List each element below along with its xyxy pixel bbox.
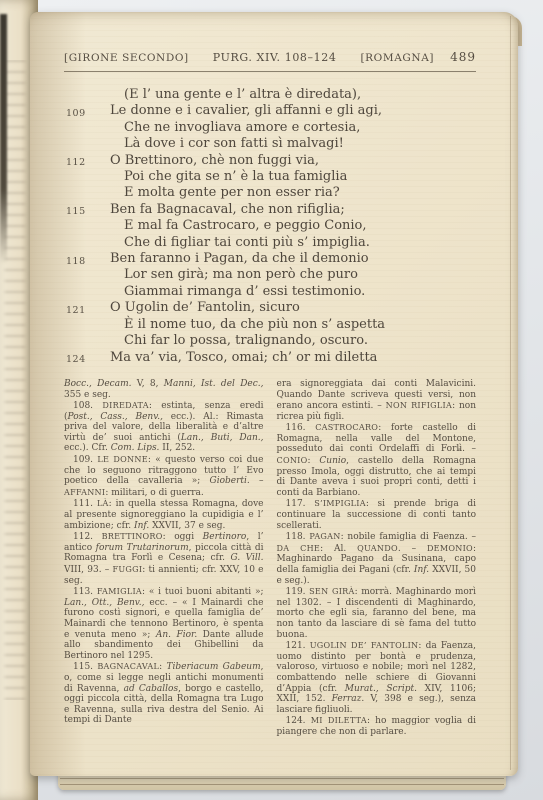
- verse-line: È il nome tuo, da che più non s’ aspetta: [64, 317, 476, 333]
- header-rule: [64, 71, 476, 72]
- verse-line: 121O Ugolin de’ Fantolin, sicuro: [64, 300, 476, 316]
- verse-text: Giammai rimanga d’ essi testimonio.: [124, 284, 476, 300]
- footnote-column-left: Bocc., Decam. V, 8, Manni, Ist. del Dec.…: [64, 379, 264, 738]
- verse-line: 115Ben fa Bagnacaval, che non rifiglia;: [64, 202, 476, 218]
- verse-text: È il nome tuo, da che più non s’ aspetta: [124, 317, 476, 333]
- footnote-paragraph: Bocc., Decam. V, 8, Manni, Ist. del Dec.…: [64, 379, 264, 400]
- footnotes: Bocc., Decam. V, 8, Manni, Ist. del Dec.…: [64, 379, 476, 738]
- verse-number: 124: [66, 352, 86, 368]
- verse-line: (E l’ una gente e l’ altra è diredata),: [64, 87, 476, 103]
- footnote-paragraph: 109. LE DONNE: « questo verso coi due ch…: [64, 454, 264, 498]
- verse-text: E mal fa Castrocaro, e peggio Conio,: [124, 218, 476, 234]
- footnote-paragraph: 112. BRETTINORO: oggi Bertinoro, l’ anti…: [64, 531, 264, 586]
- footnote-column-right: era signoreggiata dai conti Malavicini. …: [277, 379, 477, 738]
- spine-shadow: [0, 14, 7, 264]
- verse-text: Ben faranno i Pagan, da che il demonio: [110, 251, 476, 267]
- footnote-paragraph: era signoreggiata dai conti Malavicini. …: [277, 379, 477, 422]
- book-page: [GIRONE SECONDO] PURG. XIV. 108–124 [ROM…: [30, 12, 518, 776]
- footnote-paragraph: 116. CASTROCARO: forte castello di Romag…: [277, 422, 477, 498]
- verse-line: Là dove i cor son fatti sì malvagi!: [64, 136, 476, 152]
- page-edge-line: [60, 778, 504, 779]
- running-head: [GIRONE SECONDO] PURG. XIV. 108–124 [ROM…: [64, 50, 476, 64]
- footnote-paragraph: 119. SEN GIRÀ: morrà. Maghinardo morì ne…: [277, 586, 477, 640]
- running-head-right: [ROMAGNA] 489: [360, 50, 476, 64]
- page-right-edge: [510, 16, 511, 770]
- running-head-region: [ROMAGNA]: [360, 52, 434, 64]
- footnote-paragraph: 117. S’IMPIGLIA: si prende briga di cont…: [277, 498, 477, 531]
- footnote-paragraph: 121. UGOLIN DE’ FANTOLIN: da Faenza, uom…: [277, 640, 477, 715]
- running-head-title: PURG. XIV. 108–124: [213, 51, 337, 64]
- verse-text: Ma va’ via, Tosco, omai; ch’ or mi dilet…: [110, 350, 476, 366]
- verse-text: Ben fa Bagnacaval, che non rifiglia;: [110, 202, 476, 218]
- verse-line: Chi far lo possa, tralignando, oscuro.: [64, 333, 476, 349]
- book-photo: [GIRONE SECONDO] PURG. XIV. 108–124 [ROM…: [0, 0, 543, 800]
- verse-line: 118Ben faranno i Pagan, da che il demoni…: [64, 251, 476, 267]
- verse-text: Lor sen girà; ma non però che puro: [124, 267, 476, 283]
- footnote-paragraph: 124. MI DILETTA: ho maggior voglia di pi…: [277, 715, 477, 737]
- verse-text: Poi che gita se n’ è la tua famiglia: [124, 169, 476, 185]
- verse-line: 109Le donne e i cavalier, gli affanni e …: [64, 103, 476, 119]
- verse-line: Lor sen girà; ma non però che puro: [64, 267, 476, 283]
- footnote-paragraph: 115. BAGNACAVAL: Tiberiacum Gabeum, o, c…: [64, 661, 264, 726]
- verse-text: Là dove i cor son fatti sì malvagi!: [124, 136, 476, 152]
- footnote-paragraph: 113. FAMIGLIA: « i tuoi buoni abitanti »…: [64, 586, 264, 661]
- verse-line: 112O Brettinoro, chè non fuggi via,: [64, 153, 476, 169]
- verse-block: (E l’ una gente e l’ altra è diredata),1…: [64, 87, 476, 366]
- page-content: [GIRONE SECONDO] PURG. XIV. 108–124 [ROM…: [64, 50, 476, 758]
- verse-line: E molta gente per non esser ria?: [64, 185, 476, 201]
- page-edge-line: [60, 784, 504, 785]
- verse-text: Che di figliar tai conti più s’ impiglia…: [124, 235, 476, 251]
- verse-text: Le donne e i cavalier, gli affanni e gli…: [110, 103, 476, 119]
- verse-text: E molta gente per non esser ria?: [124, 185, 476, 201]
- page-number: 489: [450, 50, 476, 64]
- verse-line: Che di figliar tai conti più s’ impiglia…: [64, 235, 476, 251]
- verse-line: Poi che gita se n’ è la tua famiglia: [64, 169, 476, 185]
- verse-text: O Brettinoro, chè non fuggi via,: [110, 153, 476, 169]
- verse-text: O Ugolin de’ Fantolin, sicuro: [110, 300, 476, 316]
- footnote-paragraph: 111. LÀ: in quella stessa Romagna, dove …: [64, 498, 264, 531]
- verse-line: Giammai rimanga d’ essi testimonio.: [64, 284, 476, 300]
- footnote-paragraph: 118. PAGAN: nobile famiglia di Faenza. –…: [277, 531, 477, 586]
- verse-line: E mal fa Castrocaro, e peggio Conio,: [64, 218, 476, 234]
- running-head-left: [GIRONE SECONDO]: [64, 52, 189, 64]
- verse-text: (E l’ una gente e l’ altra è diredata),: [124, 87, 476, 103]
- verse-text: Chi far lo possa, tralignando, oscuro.: [124, 333, 476, 349]
- footnote-paragraph: 108. DIREDATA: estinta, senza eredi (Pos…: [64, 400, 264, 454]
- verse-line: Che ne invogliava amore e cortesia,: [64, 120, 476, 136]
- verse-line: 124Ma va’ via, Tosco, omai; ch’ or mi di…: [64, 350, 476, 366]
- verse-text: Che ne invogliava amore e cortesia,: [124, 120, 476, 136]
